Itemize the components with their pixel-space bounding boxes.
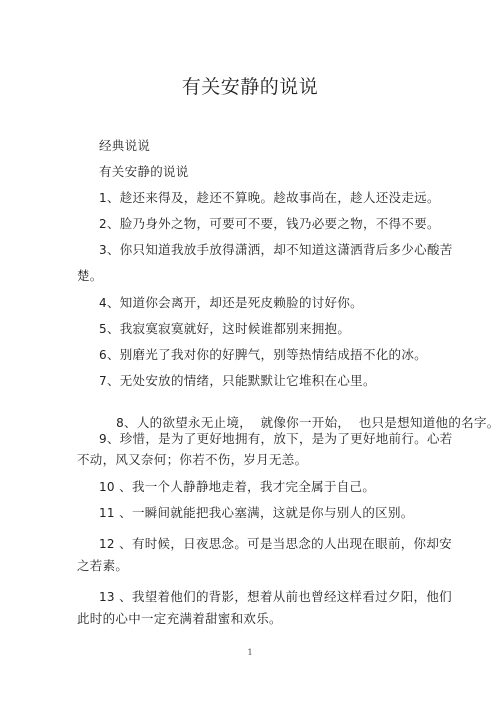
item-text: 一瞬间就能把我心塞满，这就是你与别人的区别。	[132, 505, 414, 520]
item-number: 3	[99, 243, 107, 257]
list-item: 1、趁还来得及，趁还不算晚。趁故事尚在，趁人还没走远。	[99, 188, 440, 206]
item-text: 无处安放的情绪，只能默默让它堆积在心里。	[120, 373, 376, 388]
item-text-continuation: 之若素。	[77, 556, 128, 574]
item-number: 9	[99, 432, 107, 446]
item-number: 12	[99, 537, 115, 551]
item-number: 13	[99, 590, 115, 604]
list-item: 7、无处安放的情绪，只能默默让它堆积在心里。	[99, 371, 376, 389]
list-item: 6、别磨光了我对你的好脾气，别等热情结成捂不化的冰。	[99, 345, 427, 363]
list-item: 2、脸乃身外之物，可要可不要，钱乃必要之物，不得不要。	[99, 214, 440, 232]
item-number: 2	[99, 217, 107, 231]
item-number: 6	[99, 348, 107, 362]
item-number: 5	[99, 322, 107, 336]
item-text: 我一个人静静地走着，我才完全属于自己。	[132, 479, 375, 494]
subheading: 有关安静的说说	[99, 162, 189, 180]
list-item: 5、我寂寞寂寞就好，这时候谁都别来拥抱。	[99, 319, 350, 337]
list-item: 4、知道你会离开，却还是死皮赖脸的讨好你。	[99, 293, 363, 311]
item-text: 脸乃身外之物，可要可不要，钱乃必要之物，不得不要。	[120, 216, 440, 231]
item-text: 人的欲望永无止境， 就像你一开始， 也只是想知道他的名字。	[137, 415, 500, 430]
list-item: 3、你只知道我放手放得潇洒，却不知道这潇洒背后多少心酸苦	[99, 240, 453, 258]
document-title: 有关安静的说说	[0, 72, 500, 99]
page-number: 1	[0, 648, 500, 657]
item-number: 4	[99, 296, 107, 310]
item-number: 10	[99, 480, 115, 494]
item-text: 我望着他们的背影，想着从前也曾经这样看过夕阳，他们	[132, 589, 452, 604]
item-text-continuation: 不动，风又奈何；你若不伤，岁月无恙。	[77, 450, 307, 468]
item-text: 你只知道我放手放得潇洒，却不知道这潇洒背后多少心酸苦	[120, 242, 453, 257]
item-text: 趁还来得及，趁还不算晚。趁故事尚在，趁人还没走远。	[120, 190, 440, 205]
item-number: 1	[99, 191, 107, 205]
item-number: 7	[99, 374, 107, 388]
item-text: 有时候，日夜思念。可是当思念的人出现在眼前，你却安	[132, 536, 452, 551]
list-item: 11 、一瞬间就能把我心塞满，这就是你与别人的区别。	[99, 503, 414, 521]
item-number: 11	[99, 506, 115, 520]
item-text: 知道你会离开，却还是死皮赖脸的讨好你。	[120, 295, 363, 310]
item-text-continuation: 楚。	[77, 266, 103, 284]
list-item: 10 、我一个人静静地走着，我才完全属于自己。	[99, 477, 375, 495]
list-item: 9、珍惜，是为了更好地拥有，放下，是为了更好地前行。心若	[99, 429, 453, 447]
list-item: 13 、我望着他们的背影，想着从前也曾经这样看过夕阳，他们	[99, 587, 452, 605]
item-number: 8	[116, 416, 124, 430]
document-page: 有关安静的说说 经典说说 有关安静的说说 1、趁还来得及，趁还不算晚。趁故事尚在…	[0, 0, 500, 708]
item-text: 珍惜，是为了更好地拥有，放下，是为了更好地前行。心若	[120, 431, 453, 446]
item-text-continuation: 此时的心中一定充满着甜蜜和欢乐。	[77, 609, 282, 627]
item-text: 别磨光了我对你的好脾气，别等热情结成捂不化的冰。	[120, 347, 427, 362]
item-text: 我寂寞寂寞就好，这时候谁都别来拥抱。	[120, 321, 350, 336]
section-heading: 经典说说	[99, 136, 150, 154]
list-item: 12 、有时候，日夜思念。可是当思念的人出现在眼前，你却安	[99, 534, 452, 552]
